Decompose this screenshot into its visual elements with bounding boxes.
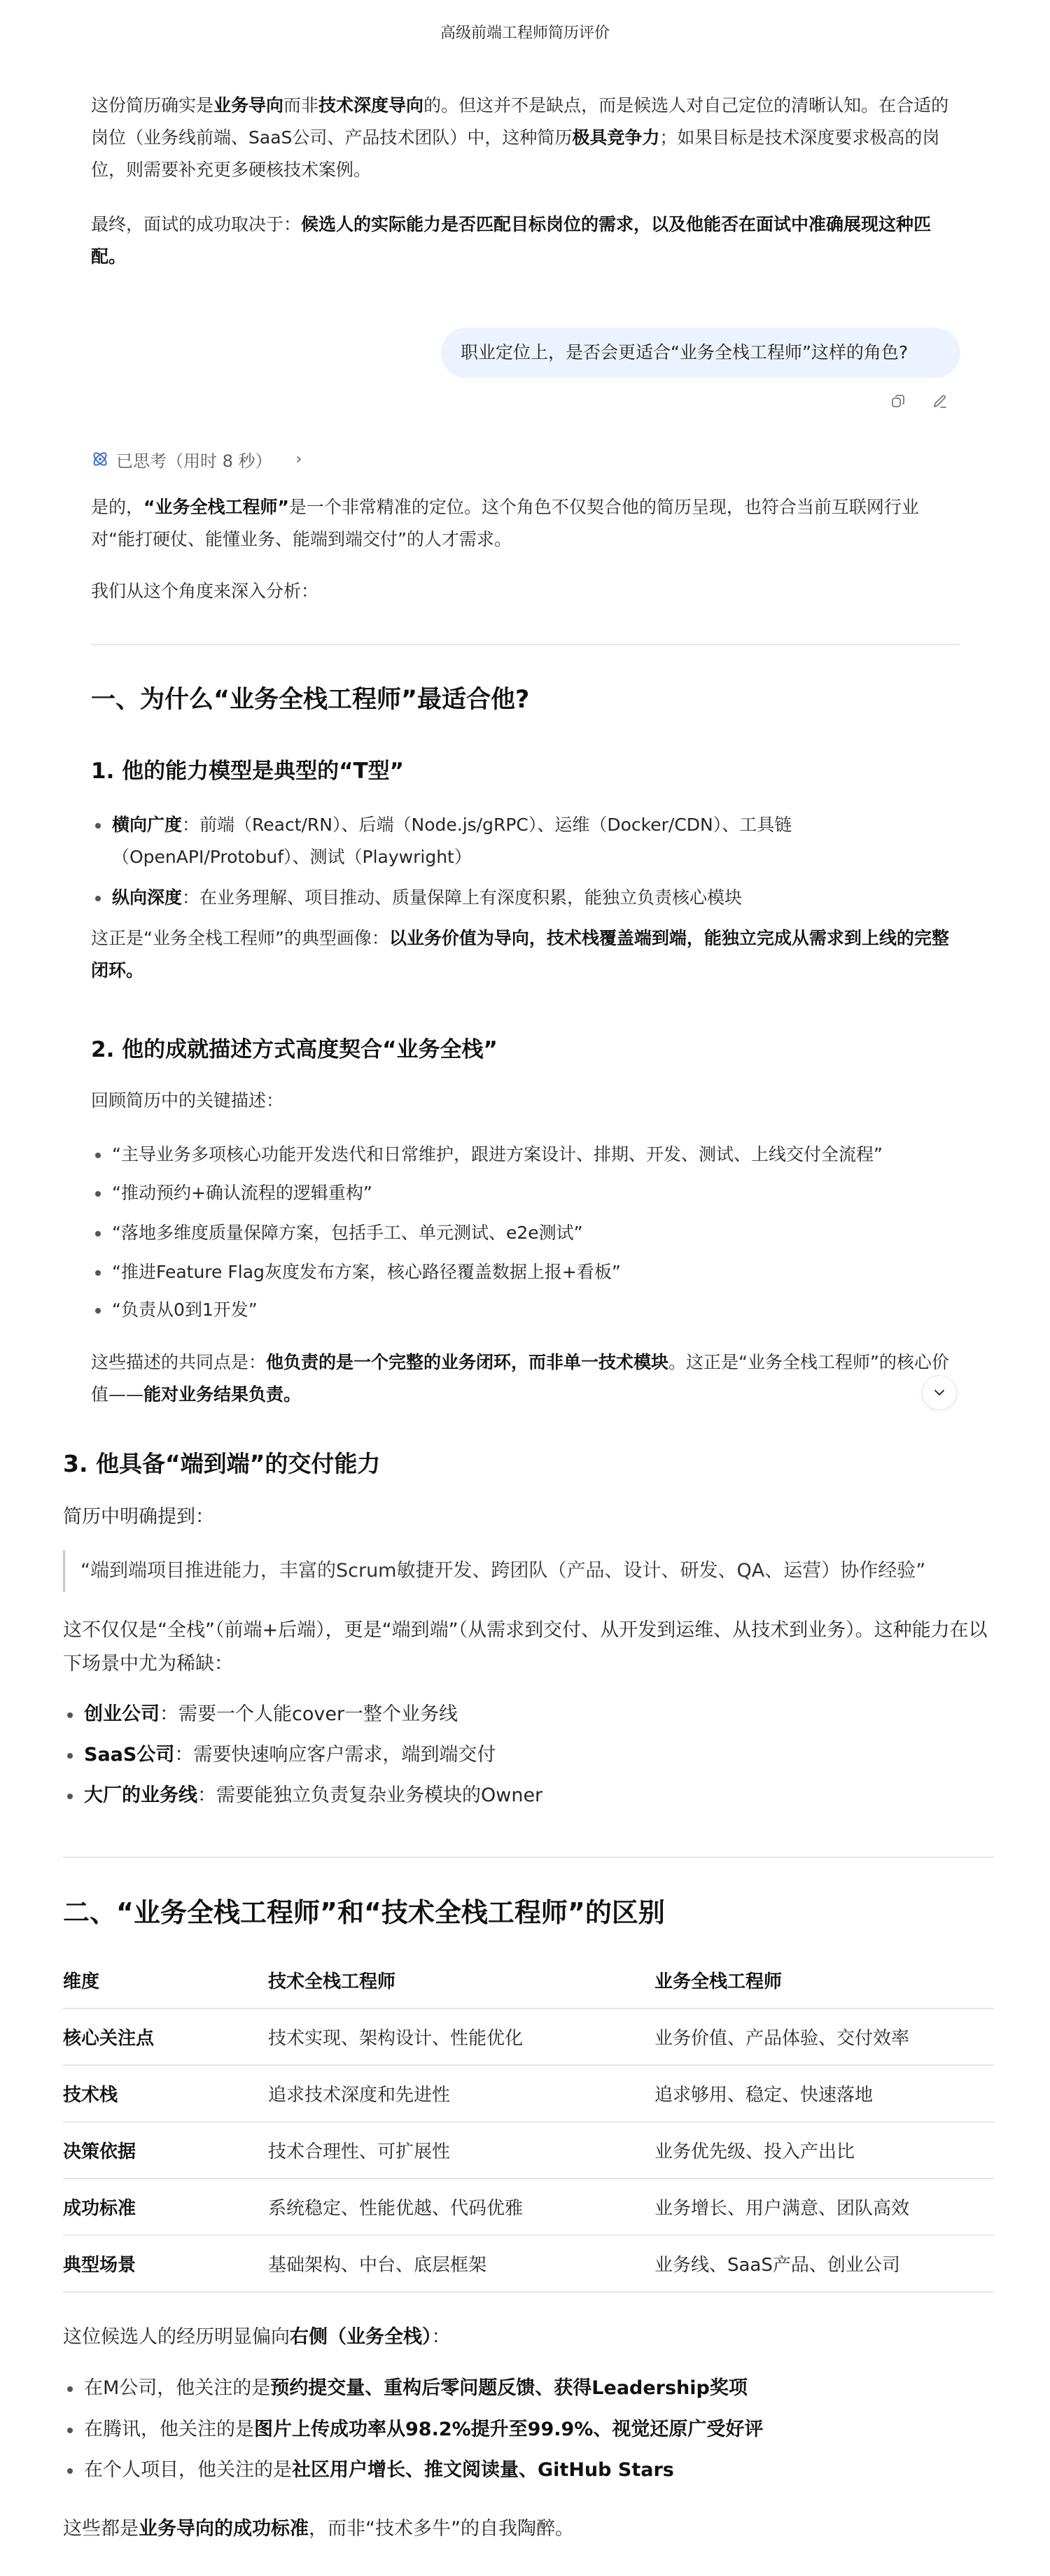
list-item: 创业公司：需要一个人能cover一整个业务线 [63, 1698, 994, 1731]
table-row: 成功标准 系统稳定、性能优越、代码优雅 业务增长、用户满意、团队高效 [63, 2179, 994, 2235]
table-cell: 业务优先级、投入产出比 [654, 2122, 994, 2179]
thinking-label: 已思考（用时 8 秒） [116, 447, 272, 472]
table-cell: 技术实现、架构设计、性能优化 [268, 2008, 654, 2065]
subsection-heading-3: 3. 他具备“端到端”的交付能力 [63, 1447, 994, 1481]
table-cell: 追求够用、稳定、快速落地 [654, 2065, 994, 2122]
edit-icon [932, 393, 948, 409]
table-header-row: 维度 技术全栈工程师 业务全栈工程师 [63, 1952, 994, 2008]
list-item: 纵向深度：在业务理解、项目推动、质量保障上有深度积累，能独立负责核心模块 [91, 882, 959, 914]
resume-quote: “端到端项目推进能力，丰富的Scrum敏捷开发、跨团队（产品、设计、研发、QA、… [63, 1550, 994, 1592]
table-row: 核心关注点 技术实现、架构设计、性能优化 业务价值、产品体验、交付效率 [63, 2008, 994, 2065]
atom-icon [91, 450, 109, 468]
comparison-table: 维度 技术全栈工程师 业务全栈工程师 核心关注点 技术实现、架构设计、性能优化 … [63, 1952, 994, 2293]
table-header-cell: 维度 [63, 1952, 268, 2008]
scroll-to-bottom-button[interactable] [922, 1375, 957, 1410]
list-item: “落地多维度质量保障方案，包括手工、单元测试、e2e测试” [91, 1217, 959, 1249]
copy-message-button[interactable] [885, 388, 911, 414]
table-cell: 核心关注点 [63, 2008, 268, 2065]
list-item: 在M公司，他关注的是预约提交量、重构后零问题反馈、获得Leadership奖项 [63, 2372, 994, 2405]
answer-intro-2: 我们从这个角度来深入分析： [91, 575, 959, 607]
list-item: “主导业务多项核心功能开发迭代和日常维护，跟进方案设计、排期、开发、测试、上线交… [91, 1139, 959, 1171]
subsection-heading-2: 2. 他的成就描述方式高度契合“业务全栈” [91, 1034, 959, 1066]
list-item: 横向广度：前端（React/RN）、后端（Node.js/gRPC）、运维（Do… [91, 809, 959, 873]
section-heading-1: 一、为什么“业务全栈工程师”最适合他? [91, 682, 959, 717]
list-item: “推动预约+确认流程的逻辑重构” [91, 1177, 959, 1209]
section-2-lead: 这位候选人的经历明显偏向右侧（业务全栈）： [63, 2321, 994, 2354]
divider [63, 1857, 994, 1858]
list-item: “负责从0到1开发” [91, 1294, 959, 1326]
table-cell: 业务价值、产品体验、交付效率 [654, 2008, 994, 2065]
table-cell: 成功标准 [63, 2179, 268, 2235]
table-cell: 典型场景 [63, 2235, 268, 2292]
table-header-cell: 业务全栈工程师 [654, 1952, 994, 2008]
section-heading-2: 二、“业务全栈工程师”和“技术全栈工程师”的区别 [63, 1894, 994, 1931]
thinking-toggle[interactable]: 已思考（用时 8 秒） › [91, 445, 302, 473]
table-cell: 技术合理性、可扩展性 [268, 2122, 654, 2179]
chevron-right-icon: › [296, 451, 302, 468]
table-cell: 业务增长、用户满意、团队高效 [654, 2179, 994, 2235]
list-item: “推进Feature Flag灰度发布方案，核心路径覆盖数据上报+看板” [91, 1256, 959, 1288]
section-2-closing: 这些都是业务导向的成功标准，而非“技术多牛”的自我陶醉。 [63, 2512, 994, 2546]
page-title: 高级前端工程师简历评价 [0, 24, 1050, 43]
list-item: SaaS公司：需要快速响应客户需求，端到端交付 [63, 1738, 994, 1772]
subsection-heading-1: 1. 他的能力模型是典型的“T型” [91, 755, 959, 787]
user-message-bubble: 职业定位上，是否会更适合“业务全栈工程师”这样的角色? [441, 328, 960, 378]
table-cell: 追求技术深度和先进性 [268, 2065, 654, 2122]
table-cell: 系统稳定、性能优越、代码优雅 [268, 2179, 654, 2235]
table-row: 典型场景 基础架构、中台、底层框架 业务线、SaaS产品、创业公司 [63, 2235, 994, 2292]
divider [91, 644, 959, 645]
list-item: 在个人项目，他关注的是社区用户增长、推文阅读量、GitHub Stars [63, 2454, 994, 2487]
subsection-3-lead: 简历中明确提到： [63, 1500, 994, 1534]
table-cell: 基础架构、中台、底层框架 [268, 2235, 654, 2292]
table-cell: 业务线、SaaS产品、创业公司 [654, 2235, 994, 2292]
table-cell: 决策依据 [63, 2122, 268, 2179]
subsection-2-lead: 回顾简历中的关键描述： [91, 1085, 959, 1117]
subsection-3-paragraph: 这不仅仅是“全栈”（前端+后端），更是“端到端”（从需求到交付、从开发到运维、从… [63, 1614, 994, 1681]
edit-message-button[interactable] [927, 388, 953, 414]
chevron-down-icon [933, 1388, 946, 1397]
previous-answer-conclusion: 最终，面试的成功取决于：候选人的实际能力是否匹配目标岗位的需求，以及他能否在面试… [91, 209, 959, 273]
answer-intro: 是的，“业务全栈工程师”是一个非常精准的定位。这个角色不仅契合他的简历呈现，也符… [91, 491, 959, 556]
table-cell: 技术栈 [63, 2065, 268, 2122]
table-row: 技术栈 追求技术深度和先进性 追求够用、稳定、快速落地 [63, 2065, 994, 2122]
table-row: 决策依据 技术合理性、可扩展性 业务优先级、投入产出比 [63, 2122, 994, 2179]
table-header-cell: 技术全栈工程师 [268, 1952, 654, 2008]
subsection-2-summary: 这些描述的共同点是：他负责的是一个完整的业务闭环，而非单一技术模块。这正是“业务… [91, 1346, 959, 1411]
subsection-1-summary: 这正是“业务全栈工程师”的典型画像：以业务价值为导向，技术栈覆盖端到端，能独立完… [91, 922, 959, 987]
list-item: 在腾讯，他关注的是图片上传成功率从98.2%提升至99.9%、视觉还原广受好评 [63, 2413, 994, 2447]
copy-icon [890, 393, 906, 409]
previous-answer-paragraph: 这份简历确实是业务导向而非技术深度导向的。但这并不是缺点，而是候选人对自己定位的… [91, 90, 959, 186]
list-item: 大厂的业务线：需要能独立负责复杂业务模块的Owner [63, 1779, 994, 1813]
